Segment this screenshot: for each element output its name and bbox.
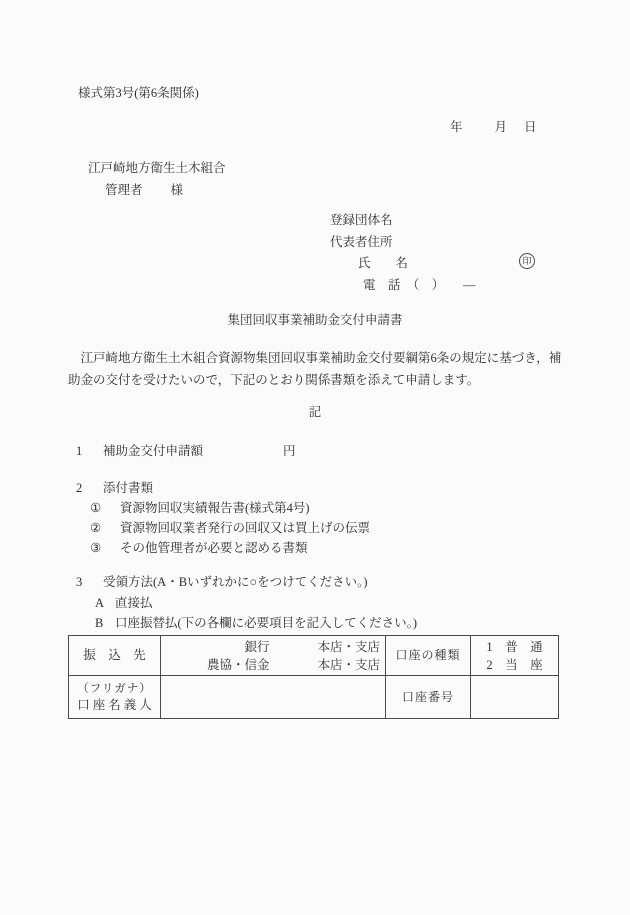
table-row: 振 込 先 銀行本店・支店 農協・信金本店・支店 口座の種類 1 普 通 2 当… <box>69 636 559 676</box>
item-2-sub-3-text: その他管理者が必要と認める書類 <box>120 541 308 555</box>
account-number-input-cell[interactable] <box>471 676 559 719</box>
item-3-option-b-text: 口座振替払(下の各欄に必要項目を記入してください。) <box>115 616 417 630</box>
account-holder-label: 口座名義人 <box>69 697 160 714</box>
account-type-options-cell: 1 普 通 2 当 座 <box>471 636 559 676</box>
document-title: 集団回収事業補助金交付申請書 <box>0 313 630 328</box>
bank-line-1: 銀行本店・支店 <box>161 638 385 656</box>
body-paragraph: 江戸崎地方衛生土木組合資源物集団回収事業補助金交付要綱第6条の規定に基づき，補 … <box>68 347 564 391</box>
item-3-label: 受領方法(A・Bいずれかに○をつけてください。) <box>103 575 368 589</box>
item-2-sub-2: ②資源物回収業者発行の回収又は買上げの伝票 <box>90 521 370 536</box>
transfer-to-label-cell: 振 込 先 <box>69 636 161 676</box>
bank-type-1: 銀行 <box>244 638 269 656</box>
application-form-page: 様式第3号(第6条関係) 年月日 江戸崎地方衛生土木組合 管理者様 登録団体名 … <box>0 0 630 915</box>
bank-line-2: 農協・信金本店・支店 <box>161 656 385 674</box>
item-3-option-b: B口座振替払(下の各欄に必要項目を記入してください。) <box>95 616 417 631</box>
date-month-label: 月 <box>495 120 508 134</box>
account-holder-input-cell[interactable] <box>161 676 386 719</box>
account-type-option-1: 1 普 通 <box>471 638 558 656</box>
bank-type-2: 農協・信金 <box>207 656 270 674</box>
bank-name-input-cell[interactable]: 銀行本店・支店 農協・信金本店・支店 <box>161 636 386 676</box>
representative-address-label: 代表者住所 <box>330 235 393 250</box>
item-3-number: 3 <box>76 575 103 590</box>
body-line-2: 助金の交付を受けたいので，下記のとおり関係書類を添えて申請します。 <box>68 369 564 391</box>
table-row: （フリガナ） 口座名義人 口座番号 <box>69 676 559 719</box>
form-number: 様式第3号(第6条関係) <box>78 86 199 101</box>
item-2-number: 2 <box>76 481 103 496</box>
phone-line: 電 話 （ ） ― <box>363 278 476 293</box>
date-year-label: 年 <box>450 120 463 134</box>
item-1-label: 補助金交付申請額 <box>103 444 203 458</box>
item-3-option-b-marker: B <box>95 616 115 631</box>
item-2-sub-3: ③その他管理者が必要と認める書類 <box>90 541 308 556</box>
bank-branch-1: 本店・支店 <box>317 638 380 656</box>
date-day-label: 日 <box>524 120 537 134</box>
item-3-option-a-marker: A <box>95 596 115 611</box>
furigana-label: （フリガナ） <box>69 681 160 697</box>
item-2-sub-1-marker: ① <box>90 501 120 516</box>
date-line: 年月日 <box>450 120 537 135</box>
account-holder-label-cell: （フリガナ） 口座名義人 <box>69 676 161 719</box>
group-name-label: 登録団体名 <box>330 213 393 228</box>
item-1: 1補助金交付申請額円 <box>76 444 296 459</box>
bank-branch-2: 本店・支店 <box>317 656 380 674</box>
item-2-sub-3-marker: ③ <box>90 541 120 556</box>
account-type-label-cell: 口座の種類 <box>386 636 471 676</box>
item-2-sub-1-text: 資源物回収実績報告書(様式第4号) <box>120 501 310 515</box>
item-3-option-a: A直接払 <box>95 596 153 611</box>
body-line-1: 江戸崎地方衛生土木組合資源物集団回収事業補助金交付要綱第6条の規定に基づき，補 <box>68 347 564 369</box>
item-1-number: 1 <box>76 444 103 459</box>
recipient-organization: 江戸崎地方衛生土木組合 <box>88 161 226 176</box>
seal-mark-icon: 印 <box>519 253 535 269</box>
item-1-unit: 円 <box>283 444 296 458</box>
item-3: 3受領方法(A・Bいずれかに○をつけてください。) <box>76 575 368 590</box>
seal-char: 印 <box>522 257 531 266</box>
name-label: 氏 名 <box>358 256 408 271</box>
recipient-honorific: 様 <box>171 183 184 197</box>
item-2-sub-2-text: 資源物回収業者発行の回収又は買上げの伝票 <box>120 521 370 535</box>
recipient-role: 管理者 <box>105 183 143 197</box>
item-2-sub-2-marker: ② <box>90 521 120 536</box>
item-2: 2添付書類 <box>76 481 153 496</box>
item-3-option-a-text: 直接払 <box>115 596 153 610</box>
item-2-label: 添付書類 <box>103 481 153 495</box>
item-2-sub-1: ①資源物回収実績報告書(様式第4号) <box>90 501 310 516</box>
account-type-option-2: 2 当 座 <box>471 656 558 674</box>
record-mark: 記 <box>0 405 630 420</box>
recipient-role-line: 管理者様 <box>105 183 183 198</box>
bank-transfer-table: 振 込 先 銀行本店・支店 農協・信金本店・支店 口座の種類 1 普 通 2 当… <box>68 635 559 719</box>
account-number-label-cell: 口座番号 <box>386 676 471 719</box>
